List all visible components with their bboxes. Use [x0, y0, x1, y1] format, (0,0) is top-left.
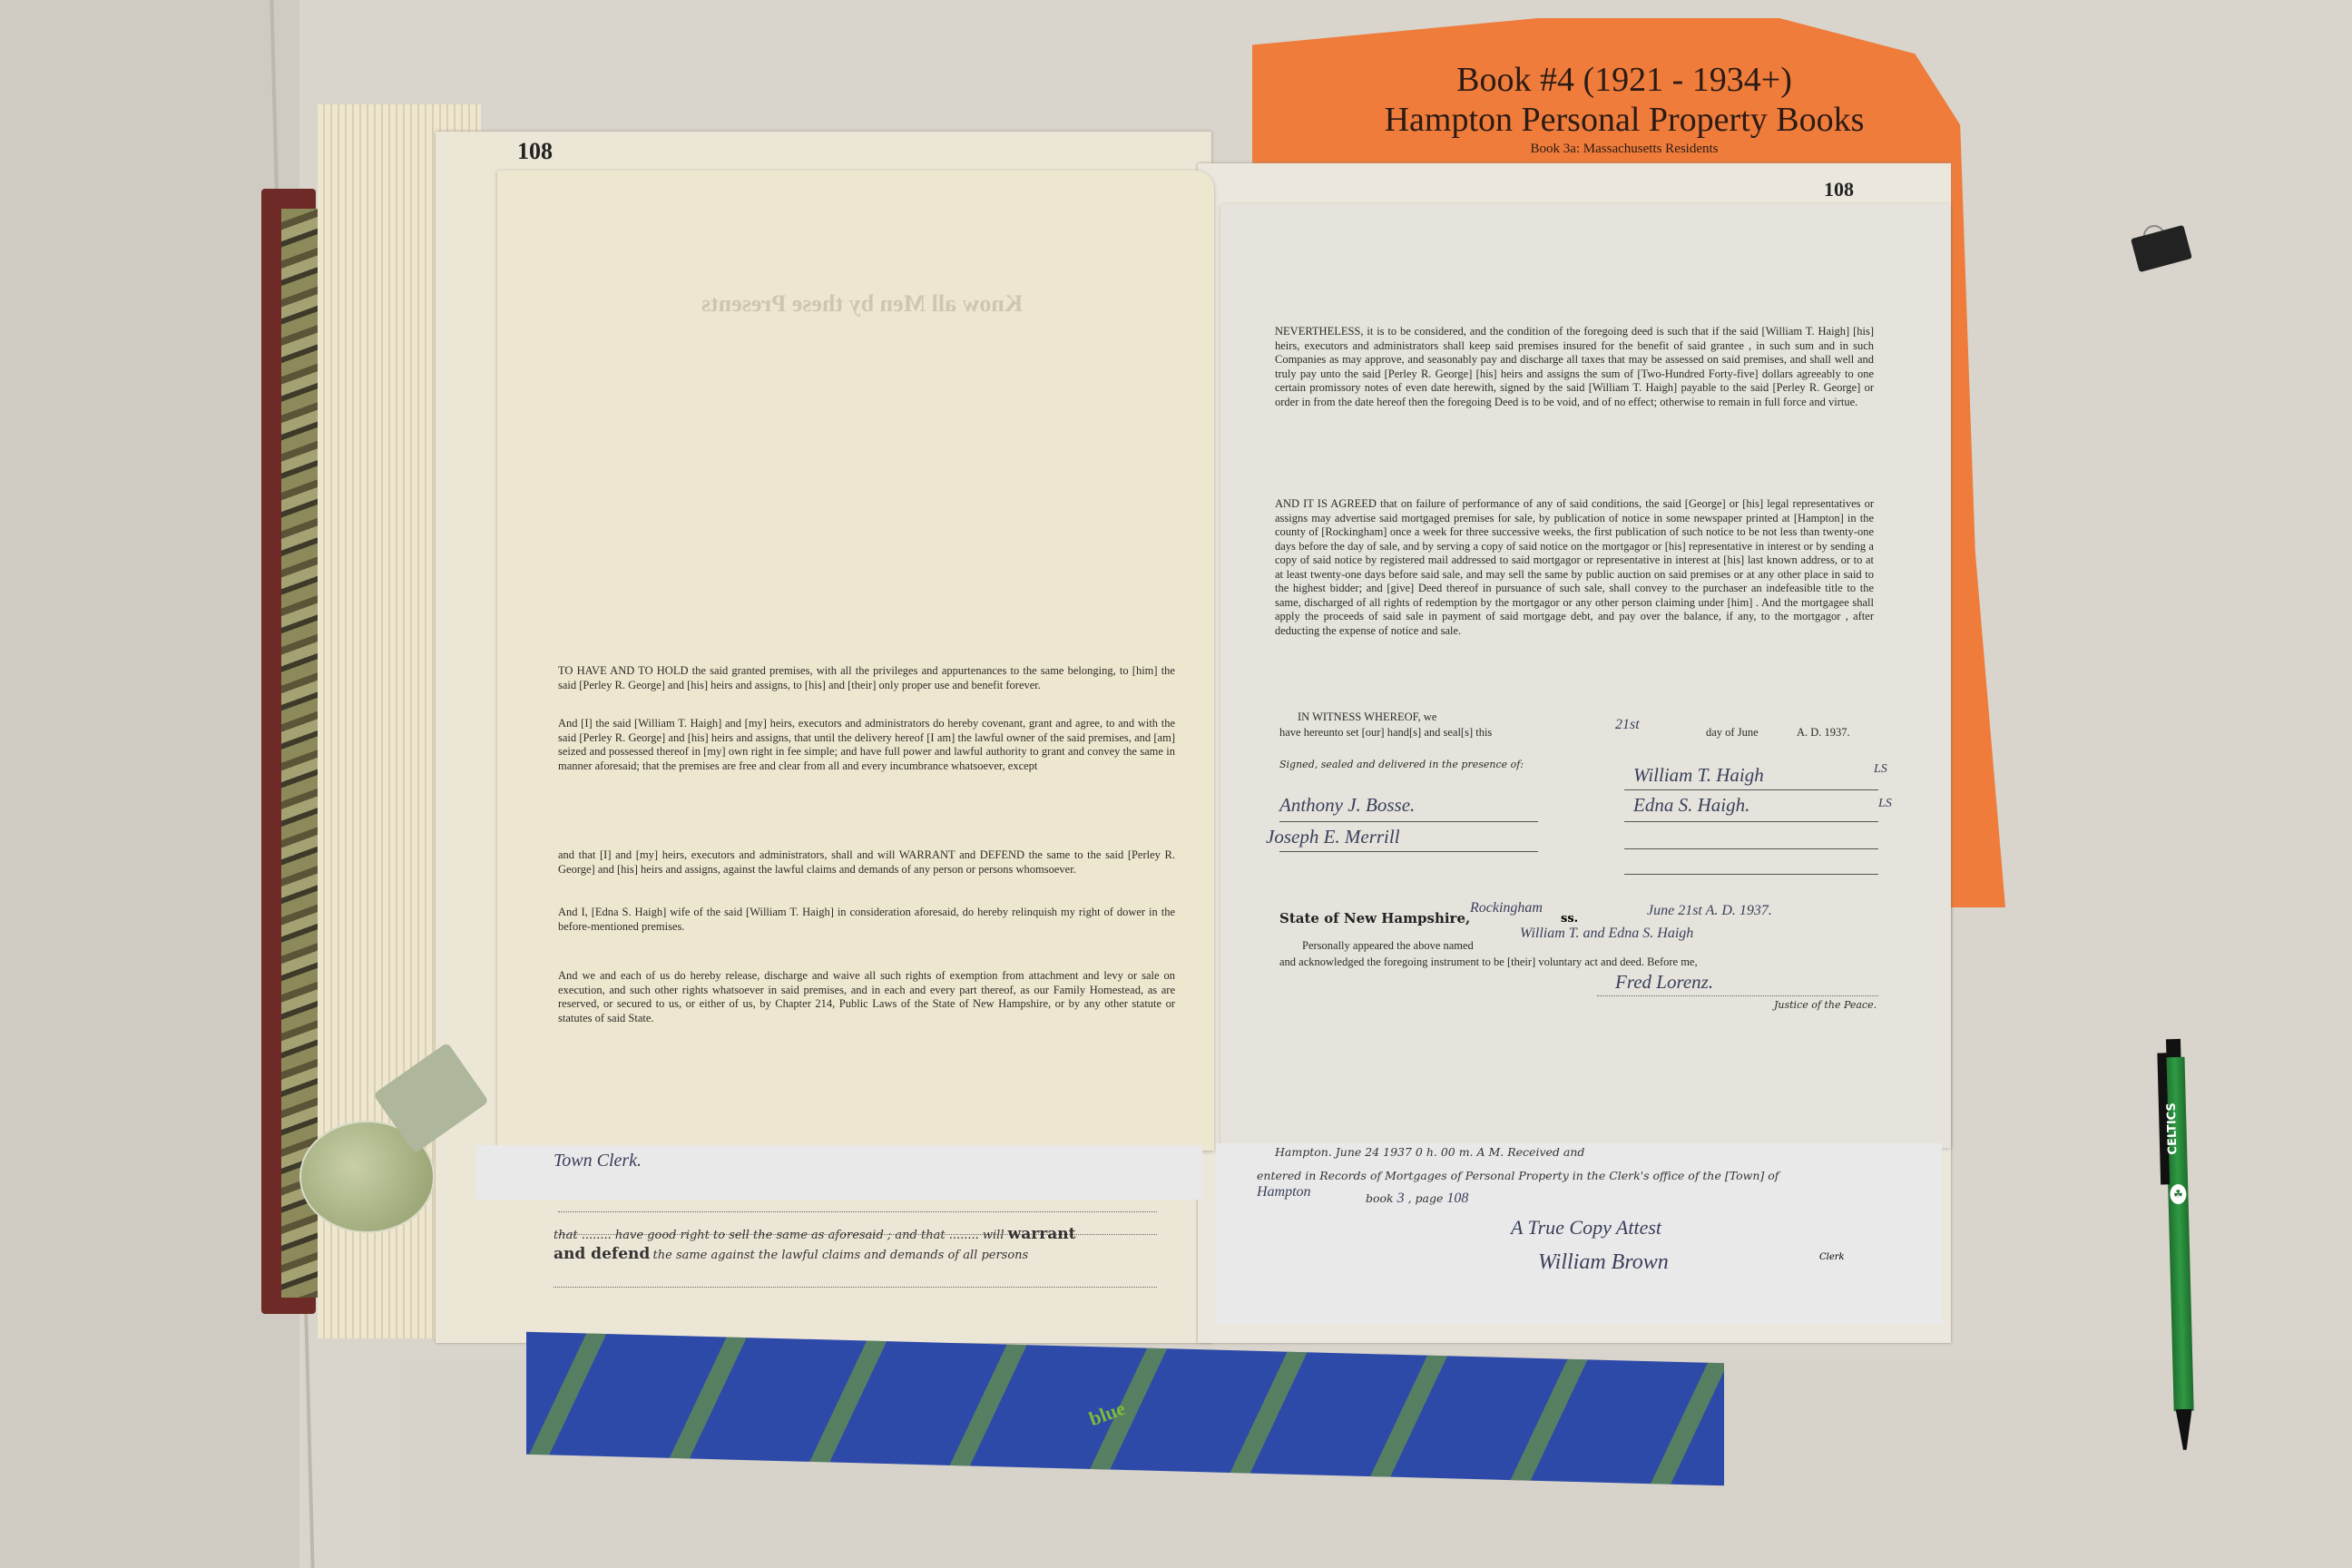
form-text: the same against the lawful claims and d… — [653, 1249, 1029, 1262]
witness-year: A. D. 1937. — [1797, 726, 1850, 740]
warrant-clause: and that [I] and [my] heirs, executors a… — [558, 848, 1175, 877]
clerk-entered-line: entered in Records of Mortgages of Perso… — [1257, 1169, 1779, 1182]
state-heading: State of New Hampshire, — [1279, 910, 1470, 926]
justice-signature: Fred Lorenz. — [1615, 971, 1713, 994]
orange-label-title: Book #4 (1921 - 1934+) Hampton Personal … — [1252, 60, 1996, 140]
agreed-clause: AND IT IS AGREED that on failure of perf… — [1275, 497, 1874, 638]
covenant-clause: And [I] the said [William T. Haigh] and … — [558, 717, 1175, 773]
dower-clause: And I, [Edna S. Haigh] wife of the said … — [558, 906, 1175, 934]
to-have-and-to-hold-clause: TO HAVE AND TO HOLD the said granted pre… — [558, 664, 1175, 692]
signature-line — [1624, 821, 1878, 822]
town-clerk-handwriting: Town Clerk. — [554, 1151, 642, 1171]
witness-line-2: have hereunto set [our] hand[s] and seal… — [1279, 726, 1552, 740]
county-name: Rockingham — [1470, 900, 1543, 916]
clerk-town: Hampton — [1257, 1184, 1311, 1200]
ss-label: ss. — [1561, 912, 1578, 926]
form-text: that ........ have good right to sell th… — [554, 1229, 1004, 1242]
signature-line — [1279, 821, 1538, 822]
seal-mark: LS — [1878, 797, 1892, 811]
clerk-received-line: Hampton. June 24 1937 0 h. 00 m. A M. Re… — [1275, 1145, 1584, 1159]
form-warrant-blackletter: warrant — [1008, 1225, 1076, 1243]
witness-signature: Anthony J. Bosse. — [1279, 794, 1415, 817]
clerk-label: Clerk — [1819, 1252, 1845, 1262]
form-line — [554, 1287, 1157, 1288]
book-number: 3 — [1397, 1191, 1405, 1206]
witness-signature: Joseph E. Merrill — [1266, 826, 1400, 848]
signatory-signature: Edna S. Haigh. — [1633, 794, 1749, 817]
signatory-signature: William T. Haigh — [1633, 764, 1764, 787]
clerk-signature: William Brown — [1538, 1250, 1669, 1275]
pen-tip — [2176, 1409, 2193, 1450]
binder-clip-black[interactable] — [2131, 225, 2192, 272]
witness-day: 21st — [1615, 717, 1640, 733]
witness-month: day of June — [1706, 726, 1759, 740]
book-series-title: Hampton Personal Property Books — [1252, 100, 1996, 140]
desk-surface-left — [0, 0, 299, 1568]
orange-label-note: Book 3a: Massachusetts Residents — [1252, 142, 1996, 157]
appeared-names: William T. and Edna S. Haigh — [1520, 926, 1693, 942]
form-and-defend-blackletter: and defend — [554, 1245, 650, 1263]
right-page-number: 108 — [1824, 178, 1854, 201]
book-range: Book #4 (1921 - 1934+) — [1252, 60, 1996, 100]
page-label: , page — [1408, 1191, 1444, 1205]
form-line — [558, 1211, 1157, 1212]
signature-line — [1279, 851, 1538, 852]
ack-date: June 21st A. D. 1937. — [1647, 903, 1772, 919]
signature-line — [1624, 848, 1878, 849]
acknowledged-line: and acknowledged the foregoing instrumen… — [1279, 955, 1824, 970]
homestead-clause: And we and each of us do hereby release,… — [558, 969, 1175, 1025]
nevertheless-clause: NEVERTHELESS, it is to be considered, an… — [1275, 325, 1874, 409]
clerk-book-page: book 3 , page 108 — [1366, 1191, 1468, 1207]
personally-appeared: Personally appeared the above named — [1302, 939, 1474, 954]
signature-line — [1624, 789, 1878, 790]
attest-handwriting: A True Copy Attest — [1511, 1216, 1661, 1240]
left-page-number: 108 — [517, 138, 553, 165]
justice-title: Justice of the Peace. — [1774, 998, 1877, 1013]
signed-sealed-line: Signed, sealed and delivered in the pres… — [1279, 758, 1524, 772]
book-label: book — [1366, 1191, 1394, 1205]
signature-line — [1597, 995, 1878, 996]
signature-line — [1624, 874, 1878, 875]
witness-line: IN WITNESS WHEREOF, we — [1298, 710, 1570, 725]
page-number: 108 — [1446, 1191, 1468, 1206]
show-through-heading: Know all Men by these Presents — [635, 290, 1089, 318]
form-text-line-2: and defend the same against the lawful c… — [554, 1245, 1028, 1263]
pen-brand-label: CELTICS — [2165, 1102, 2180, 1155]
seal-mark: LS — [1874, 762, 1887, 777]
form-text-line-1: that ........ have good right to sell th… — [554, 1225, 1075, 1243]
